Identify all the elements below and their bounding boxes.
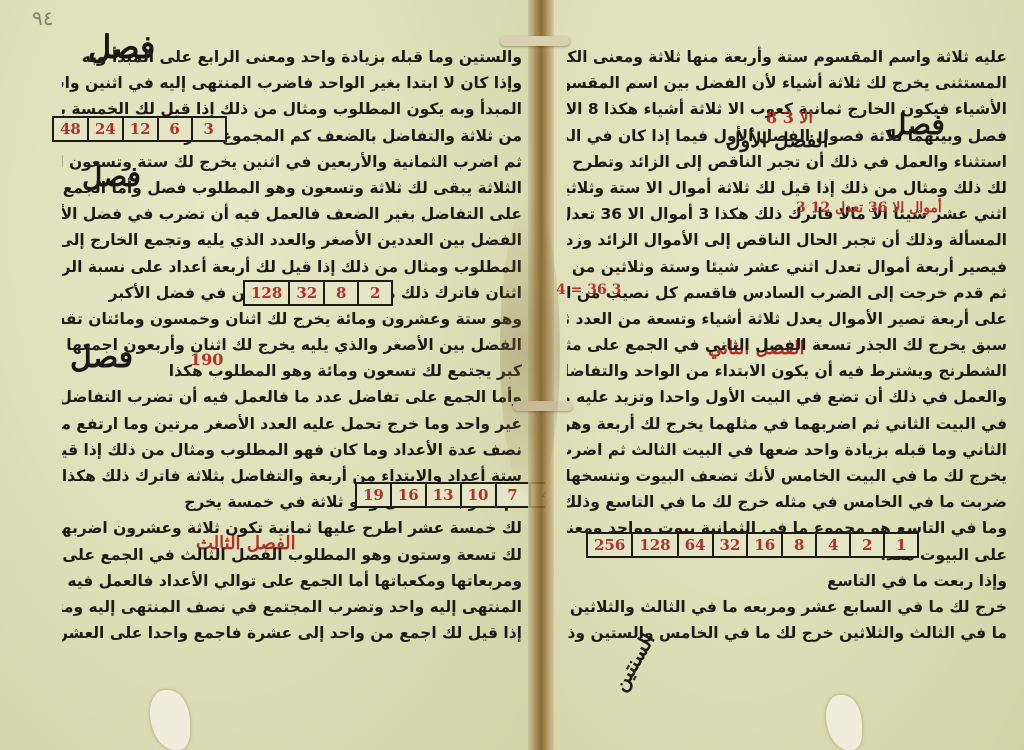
text-line: الفضل بين العددين الأصغر والعدد الذي يلي… (62, 227, 522, 253)
table-cell: 128 (245, 282, 288, 304)
text-line: يخرج لك ما في البيت الخامس لأنك تضعف الب… (567, 463, 1007, 489)
numeric-table-ratio: 2 8 32 128 (243, 280, 393, 306)
table-cell: 6 (157, 118, 191, 140)
table-cell: 13 (425, 484, 460, 506)
table-cell: 16 (746, 534, 781, 556)
left-page: ٩٤ فصل فصل فصل الفصل الثالث والستين وما … (0, 0, 536, 750)
table-cell: 32 (288, 282, 323, 304)
text-line: على التفاضل بغير الضعف فالعمل فيه أن تضر… (62, 201, 522, 227)
table-cell: 3 (191, 118, 225, 140)
text-line: لك تسعة وستون وهو المطلوب الفصل الثالث ف… (62, 542, 522, 568)
text-line: وإذا ربعت ما في التاسع (567, 568, 1007, 594)
text-line: ثم قدم خرجت إلى الضرب السادس فاقسم كل نص… (567, 280, 1007, 306)
text-line: استثناء والعمل في ذلك أن تجبر الناقص إلى… (567, 149, 1007, 175)
text-line: سبق يخرج لك الجذر تسعة الفصل الثاني في ا… (567, 332, 1007, 358)
text-line: في البيت الثاني ثم اضربهما في مثلهما يخر… (567, 411, 1007, 437)
table-cell: 19 (357, 484, 390, 506)
text-line: لك خمسة عشر اطرح عليها ثمانية تكون ثلاثة… (62, 515, 522, 541)
table-cell: 2 (357, 282, 391, 304)
text-line: الثلاثة يبقى لك ثلاثة وتسعون وهو المطلوب… (62, 175, 522, 201)
text-line: الفضل بين الأصغر والذي يليه يخرج لك اثنا… (62, 332, 522, 358)
text-line: فيصير أربعة أموال تعدل اثني عشر شيئا وست… (567, 254, 1007, 280)
text-line: المستثنى يخرج لك ثلاثة أشياء لأن الفضل ب… (567, 70, 1007, 96)
table-cell: 24 (87, 118, 122, 140)
text-line: إذا قيل لك اجمع من واحد إلى عشرة فاجمع و… (62, 620, 522, 646)
text-line: على أربعة تصير الأموال يعدل ثلاثة أشياء … (567, 306, 1007, 332)
table-cell: 12 (122, 118, 157, 140)
paper-tear (826, 695, 862, 750)
inline-equation-2: 3 أموال الا 36 تعدل 12 (796, 200, 942, 216)
folio-number: ٩٤ (32, 6, 53, 30)
table-cell: 16 (390, 484, 425, 506)
inline-equation-3: 4 = 36 3 (556, 282, 621, 298)
text-line: وهو ستة وعشرون ومائة يخرج لك اثنان وخمسو… (62, 306, 522, 332)
text-line: نصف عدة الأعداد وما كان فهو المطلوب ومثا… (62, 437, 522, 463)
table-cell: 4 (815, 534, 849, 556)
text-line: والستين وما قبله بزيادة واحد ومعنى الراب… (62, 44, 522, 70)
text-line: الثاني وما قبله بزيادة واحد ضعها في البي… (567, 437, 1007, 463)
binding-thread (500, 36, 570, 46)
right-page: فصل الفصل الأول الفصل الثاني عليه ثلاثة … (545, 0, 1024, 750)
text-line: غير واحد وما خرج تحمل عليه العدد الأصغر … (62, 411, 522, 437)
water-stain (500, 200, 560, 500)
table-cell: 1 (883, 534, 917, 556)
text-line: خرج لك ما في السابع عشر ومربعه ما في الث… (567, 594, 1007, 620)
inline-equation-1: 8 الا 3 (766, 108, 813, 127)
paper-tear (150, 690, 190, 750)
text-line: كبر يجتمع لك تسعون ومائة وهو المطلوب هكذ… (62, 358, 522, 384)
text-line: المنتهى إليه واحد وتضرب المجتمع في نصف ا… (62, 594, 522, 620)
table-cell: 256 (588, 534, 631, 556)
table-cell: 48 (54, 118, 87, 140)
text-line: عليه ثلاثة واسم المقسوم ستة وأربعة منها … (567, 44, 1007, 70)
table-cell: 8 (323, 282, 357, 304)
table-cell: 32 (712, 534, 747, 556)
table-cell: 64 (677, 534, 712, 556)
text-line: الشطرنج ويشترط فيه أن يكون الابتداء من ا… (567, 358, 1007, 384)
text-line: وأما الجمع على تفاضل عدد ما فالعمل فيه أ… (62, 384, 522, 410)
numeric-table-doubling: 3 6 12 24 48 (52, 116, 227, 142)
numeric-table-chessboard: 1 2 4 8 16 32 64 128 256 (586, 532, 919, 558)
table-cell: 128 (631, 534, 676, 556)
text-line: المسألة وذلك أن تجبر الحال الناقص إلى ال… (567, 227, 1007, 253)
table-cell: 10 (460, 484, 495, 506)
table-cell: 2 (849, 534, 883, 556)
text-line: ضربت ما في الخامس في مثله خرج لك ما في ا… (567, 489, 1007, 515)
text-line: والعمل في ذلك أن تضع في البيت الأول واحد… (567, 384, 1007, 410)
text-line: وإذا كان لا ابتدا بغير الواحد فاضرب المن… (62, 70, 522, 96)
text-line: ثم اضرب الثمانية والأربعين في اثنين يخرج… (62, 149, 522, 175)
text-line: لك ذلك ومثال من ذلك إذا قيل لك ثلاثة أمو… (567, 175, 1007, 201)
table-cell: 8 (781, 534, 815, 556)
text-line: المطلوب ومثال من ذلك إذا قيل لك أربعة أع… (62, 254, 522, 280)
manuscript-spread: ٩٤ فصل فصل فصل الفصل الثالث والستين وما … (0, 0, 1024, 750)
inline-result-number: 190 (190, 350, 223, 369)
text-line: ومربعاتها ومكعباتها أما الجمع على توالي … (62, 568, 522, 594)
